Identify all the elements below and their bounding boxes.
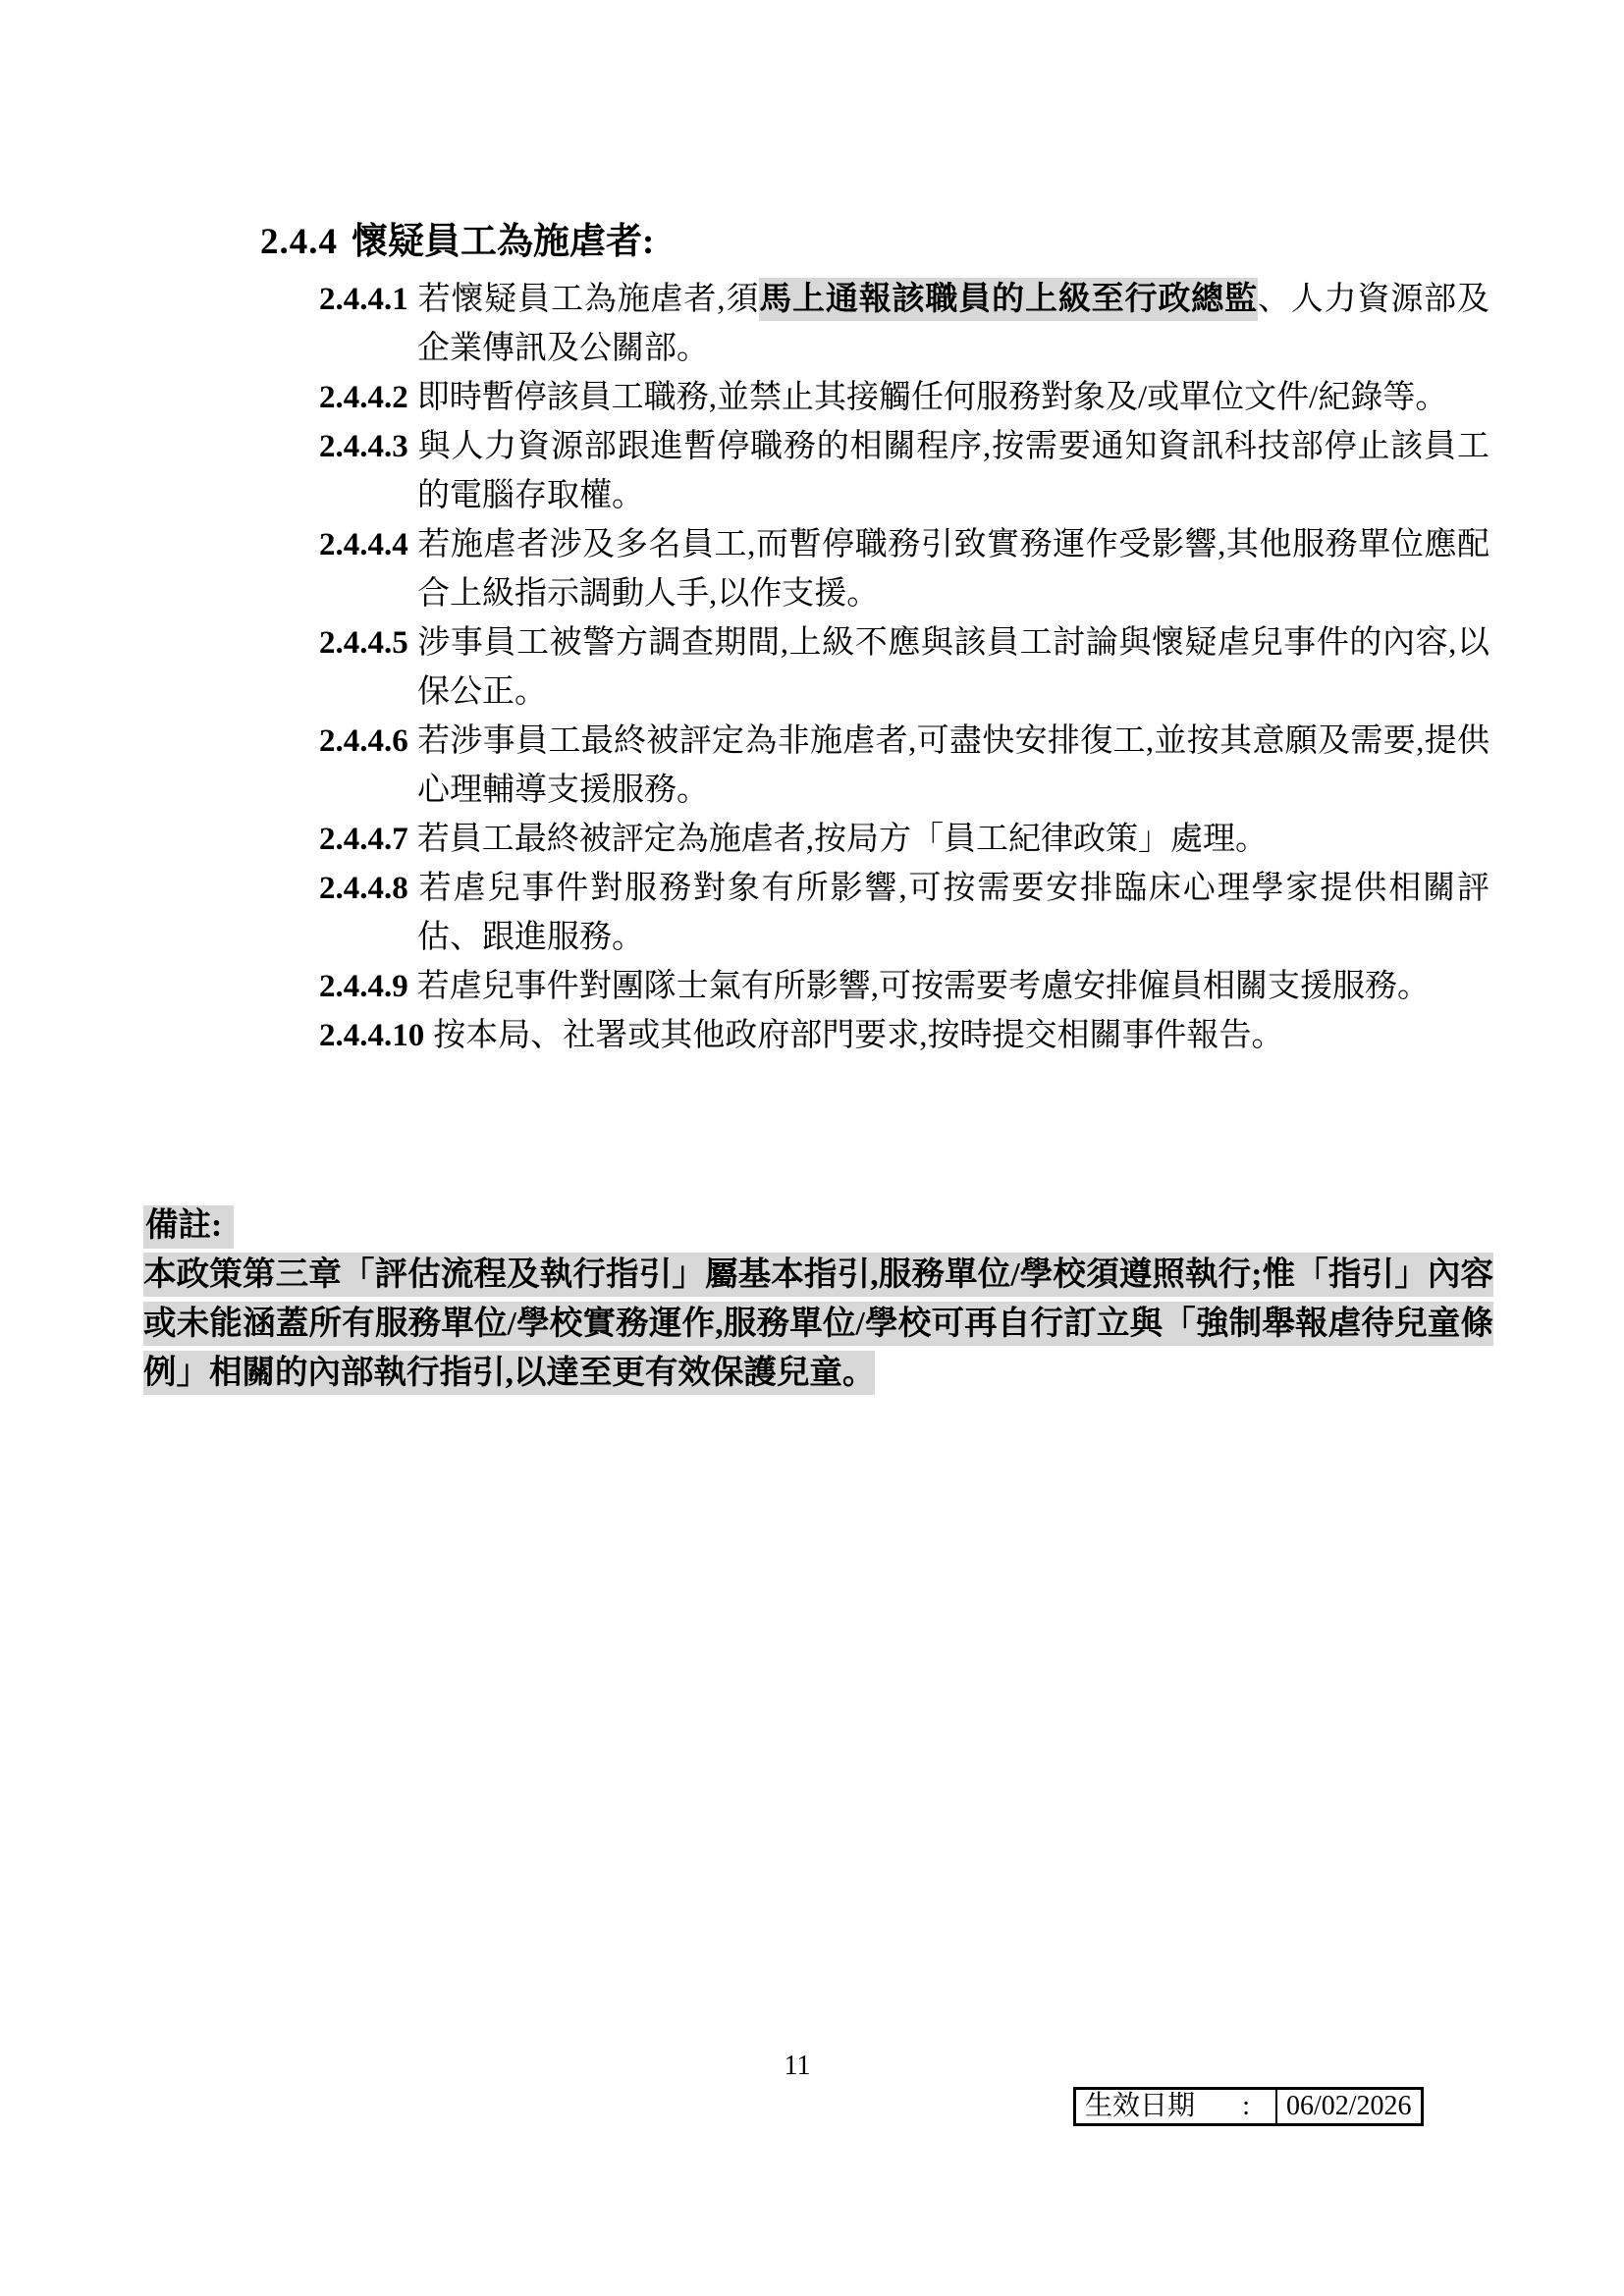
list-item: 2.4.4.1若懷疑員工為施虐者,須馬上通報該職員的上級至行政總監、人力資源部及… (319, 275, 1489, 373)
notes-body: 本政策第三章「評估流程及執行指引」屬基本指引,服務單位/學校須遵照執行;惟「指引… (143, 1251, 1493, 1398)
notes-label-line: 備註: (143, 1201, 1493, 1251)
list-item: 2.4.4.2即時暫停該員工職務,並禁止其接觸任何服務對象及/或單位文件/紀錄等… (319, 373, 1489, 422)
item-text: 按本局、社署或其他政府部門要求,按時提交相關事件報告。 (433, 1018, 1283, 1053)
item-text: 若虐兒事件對團隊士氣有所影響,可按需要考慮安排僱員相關支援服務。 (417, 969, 1430, 1004)
effective-date-table: 生效日期 : 06/02/2026 (1073, 2087, 1424, 2126)
item-number: 2.4.4.4 (319, 527, 408, 562)
list-item: 2.4.4.9若虐兒事件對團隊士氣有所影響,可按需要考慮安排僱員相關支援服務。 (319, 962, 1489, 1011)
page-number: 11 (0, 2050, 1595, 2083)
effective-date-label: 生效日期 (1085, 2090, 1195, 2123)
item-text: 即時暫停該員工職務,並禁止其接觸任何服務對象及/或單位文件/紀錄等。 (417, 380, 1448, 415)
list-item: 2.4.4.8若虐兒事件對服務對象有所影響,可按需要安排臨床心理學家提供相關評估… (319, 864, 1489, 962)
item-text: 與人力資源部跟進暫停職務的相關程序,按需要通知資訊科技部停止該員工的電腦存取權。 (417, 429, 1489, 513)
item-number: 2.4.4.8 (319, 871, 408, 906)
list-item: 2.4.4.4若施虐者涉及多名員工,而暫停職務引致實務運作受影響,其他服務單位應… (319, 520, 1489, 618)
item-number: 2.4.4.1 (319, 282, 408, 317)
effective-date-value: 06/02/2026 (1286, 2090, 1412, 2123)
list-item: 2.4.4.7若員工最終被評定為施虐者,按局方「員工紀律政策」處理。 (319, 815, 1489, 864)
effective-date-value-cell: 06/02/2026 (1277, 2090, 1421, 2123)
effective-date-label-cell: 生效日期 : (1076, 2090, 1277, 2123)
item-text: 若涉事員工最終被評定為非施虐者,可盡快安排復工,並按其意願及需要,提供心理輔導支… (417, 723, 1489, 808)
item-number: 2.4.4.3 (319, 429, 408, 464)
section-heading-title: 懷疑員工為施虐者: (352, 222, 654, 262)
effective-date-colon: : (1242, 2090, 1250, 2123)
section-heading: 2.4.4懷疑員工為施虐者: (260, 218, 654, 267)
item-number: 2.4.4.2 (319, 380, 408, 415)
item-text: 若虐兒事件對服務對象有所影響,可按需要安排臨床心理學家提供相關評估、跟進服務。 (417, 871, 1489, 955)
notes-label: 備註: (143, 1205, 234, 1249)
item-text-highlighted: 馬上通報該職員的上級至行政總監 (759, 278, 1258, 321)
list-item: 2.4.4.10按本局、社署或其他政府部門要求,按時提交相關事件報告。 (319, 1011, 1489, 1060)
notes-section: 備註: 本政策第三章「評估流程及執行指引」屬基本指引,服務單位/學校須遵照執行;… (143, 1201, 1493, 1398)
item-text-pre: 若懷疑員工為施虐者,須 (417, 282, 759, 317)
document-page: 2.4.4懷疑員工為施虐者: 2.4.4.1若懷疑員工為施虐者,須馬上通報該職員… (0, 0, 1624, 2296)
list-item: 2.4.4.5涉事員工被警方調查期間,上級不應與該員工討論與懷疑虐兒事件的內容,… (319, 618, 1489, 717)
list-item: 2.4.4.6若涉事員工最終被評定為非施虐者,可盡快安排復工,並按其意願及需要,… (319, 717, 1489, 815)
item-number: 2.4.4.9 (319, 969, 408, 1004)
item-number: 2.4.4.6 (319, 723, 408, 759)
item-text: 若施虐者涉及多名員工,而暫停職務引致實務運作受影響,其他服務單位應配合上級指示調… (417, 527, 1489, 612)
notes-body-text: 本政策第三章「評估流程及執行指引」屬基本指引,服務單位/學校須遵照執行;惟「指引… (143, 1253, 1493, 1395)
list-item: 2.4.4.3與人力資源部跟進暫停職務的相關程序,按需要通知資訊科技部停止該員工… (319, 422, 1489, 520)
item-text: 若員工最終被評定為施虐者,按局方「員工紀律政策」處理。 (417, 822, 1268, 857)
item-number: 2.4.4.7 (319, 822, 408, 857)
item-text: 涉事員工被警方調查期間,上級不應與該員工討論與懷疑虐兒事件的內容,以保公正。 (417, 625, 1489, 710)
numbered-list: 2.4.4.1若懷疑員工為施虐者,須馬上通報該職員的上級至行政總監、人力資源部及… (319, 275, 1489, 1060)
item-number: 2.4.4.5 (319, 625, 408, 661)
item-number: 2.4.4.10 (319, 1018, 424, 1053)
section-heading-number: 2.4.4 (260, 222, 338, 262)
